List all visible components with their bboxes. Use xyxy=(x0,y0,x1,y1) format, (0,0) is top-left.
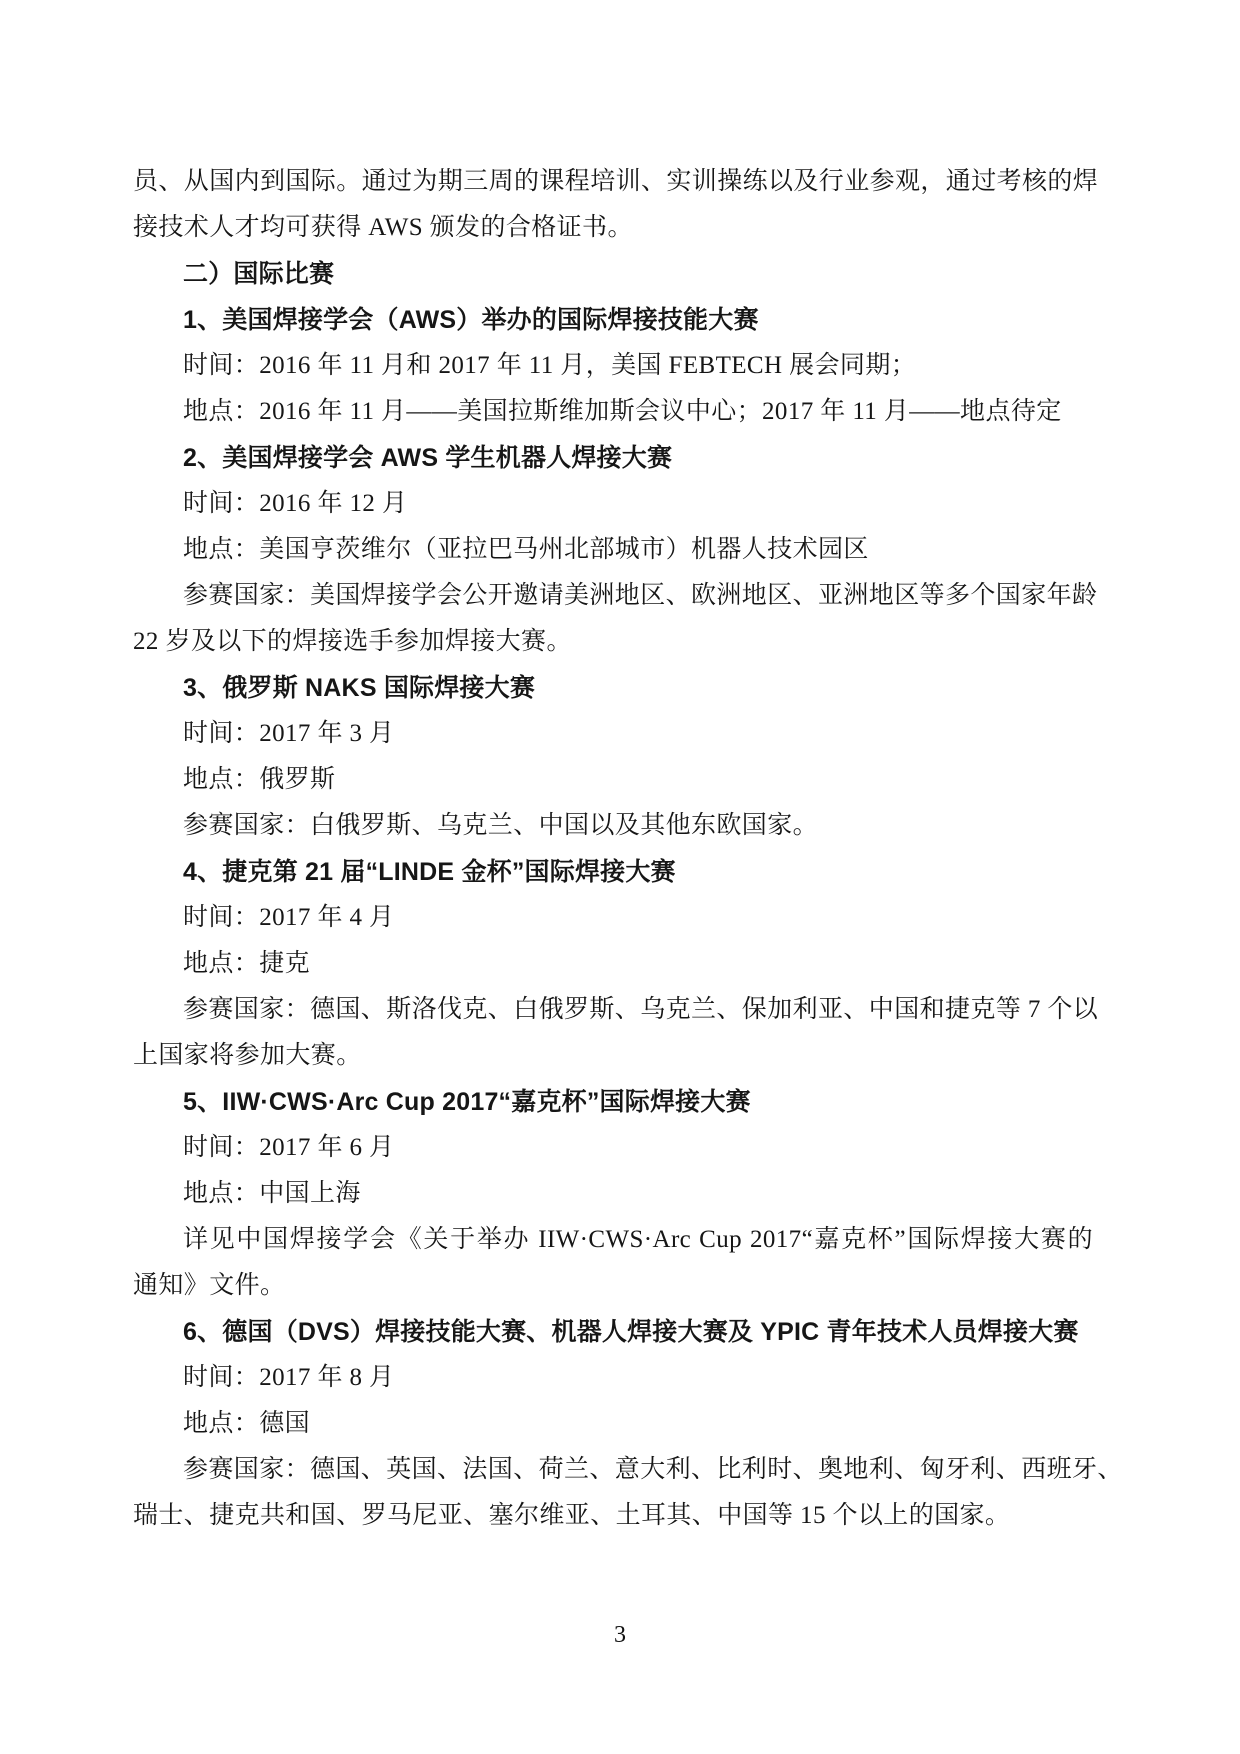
text-line: 时间：2017 年 3 月 xyxy=(133,711,1093,757)
text-line: 接技术人才均可获得 AWS 颁发的合格证书。 xyxy=(133,205,1093,251)
text-line: 瑞士、捷克共和国、罗马尼亚、塞尔维亚、土耳其、中国等 15 个以上的国家。 xyxy=(133,1493,1093,1539)
text-line: 3、俄罗斯 NAKS 国际焊接大赛 xyxy=(133,665,1093,711)
text-line: 员、从国内到国际。通过为期三周的课程培训、实训操练以及行业参观，通过考核的焊 xyxy=(133,159,1093,205)
text-line: 参赛国家：德国、英国、法国、荷兰、意大利、比利时、奥地利、匈牙利、西班牙、 xyxy=(133,1447,1093,1493)
text-line: 4、捷克第 21 届“LINDE 金杯”国际焊接大赛 xyxy=(133,849,1093,895)
text-line: 地点：美国亨茨维尔（亚拉巴马州北部城市）机器人技术园区 xyxy=(133,527,1093,573)
text-line: 二）国际比赛 xyxy=(133,251,1093,297)
text-line: 参赛国家：美国焊接学会公开邀请美洲地区、欧洲地区、亚洲地区等多个国家年龄 xyxy=(133,573,1093,619)
text-line: 2、美国焊接学会 AWS 学生机器人焊接大赛 xyxy=(133,435,1093,481)
document-body: 员、从国内到国际。通过为期三周的课程培训、实训操练以及行业参观，通过考核的焊接技… xyxy=(133,159,1093,1539)
text-line: 上国家将参加大赛。 xyxy=(133,1033,1093,1079)
text-line: 1、美国焊接学会（AWS）举办的国际焊接技能大赛 xyxy=(133,297,1093,343)
text-line: 5、IIW·CWS·Arc Cup 2017“嘉克杯”国际焊接大赛 xyxy=(133,1079,1093,1125)
text-line: 时间：2016 年 12 月 xyxy=(133,481,1093,527)
text-line: 详见中国焊接学会《关于举办 IIW·CWS·Arc Cup 2017“嘉克杯”国… xyxy=(133,1217,1093,1263)
text-line: 通知》文件。 xyxy=(133,1263,1093,1309)
text-line: 参赛国家：白俄罗斯、乌克兰、中国以及其他东欧国家。 xyxy=(133,803,1093,849)
page-number: 3 xyxy=(0,1618,1240,1652)
text-line: 时间：2017 年 8 月 xyxy=(133,1355,1093,1401)
text-line: 22 岁及以下的焊接选手参加焊接大赛。 xyxy=(133,619,1093,665)
document-page: 员、从国内到国际。通过为期三周的课程培训、实训操练以及行业参观，通过考核的焊接技… xyxy=(0,0,1240,1754)
text-line: 地点：中国上海 xyxy=(133,1171,1093,1217)
text-line: 地点：捷克 xyxy=(133,941,1093,987)
text-line: 时间：2016 年 11 月和 2017 年 11 月，美国 FEBTECH 展… xyxy=(133,343,1093,389)
text-line: 地点：俄罗斯 xyxy=(133,757,1093,803)
text-line: 地点：德国 xyxy=(133,1401,1093,1447)
text-line: 地点：2016 年 11 月——美国拉斯维加斯会议中心；2017 年 11 月—… xyxy=(133,389,1093,435)
text-line: 时间：2017 年 4 月 xyxy=(133,895,1093,941)
text-line: 参赛国家：德国、斯洛伐克、白俄罗斯、乌克兰、保加利亚、中国和捷克等 7 个以 xyxy=(133,987,1093,1033)
text-line: 时间：2017 年 6 月 xyxy=(133,1125,1093,1171)
text-line: 6、德国（DVS）焊接技能大赛、机器人焊接大赛及 YPIC 青年技术人员焊接大赛 xyxy=(133,1309,1093,1355)
